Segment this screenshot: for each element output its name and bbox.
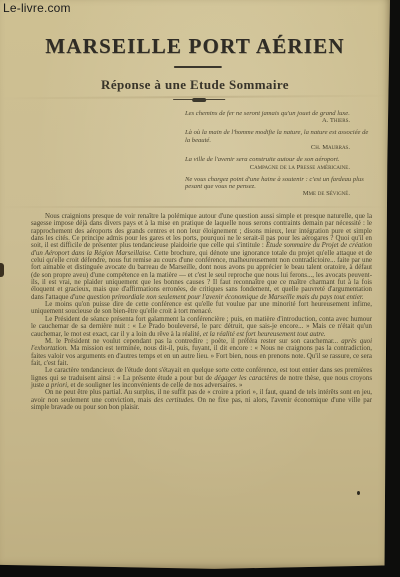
epigraph-quote: Ne vous chargez point d'une haine à sout… bbox=[185, 176, 370, 199]
watermark-le-livre: Le-livre.com bbox=[3, 1, 71, 15]
epigraph-quote: Là où la main de l'homme modifie la natu… bbox=[185, 129, 370, 152]
epigraph-attribution: Ch. Maurras. bbox=[185, 144, 370, 152]
epigraph-text: Ne vous chargez point d'une haine à sout… bbox=[185, 176, 370, 191]
subtitle-ornament-rule bbox=[173, 99, 225, 100]
epigraph-attribution: Campagne de la Presse américaine. bbox=[185, 164, 370, 172]
scanned-document-photo: { "watermark": "Le-livre.com", "page": {… bbox=[0, 0, 400, 577]
epigraph-attribution: Mme de Sévigné. bbox=[185, 190, 370, 198]
epigraph-quote: Les chemins de fer ne seront jamais qu'u… bbox=[185, 110, 370, 125]
body-paragraph: Le caractère tendancieux de l'étude dont… bbox=[31, 367, 372, 389]
body-text: Nous craignions presque de voir renaître… bbox=[31, 213, 372, 411]
body-paragraph: Nous craignions presque de voir renaître… bbox=[31, 213, 372, 301]
title-divider-rule bbox=[174, 66, 222, 68]
document-subtitle: Réponse à une Etude Sommaire bbox=[0, 77, 390, 93]
body-paragraph: On ne peut être plus partial. Au surplus… bbox=[31, 389, 372, 411]
body-paragraph: Le Président de séance présenta fort gal… bbox=[31, 316, 372, 338]
epigraph-text: Là où la main de l'homme modifie la natu… bbox=[185, 129, 370, 144]
epigraph-text: La ville de l'avenir sera construite aut… bbox=[185, 156, 370, 163]
paper-blemish bbox=[357, 491, 360, 495]
epigraph-attribution: A. Thiers. bbox=[185, 117, 370, 125]
document-title: MARSEILLE PORT AÉRIEN bbox=[0, 34, 390, 59]
paper-crease bbox=[0, 206, 390, 208]
paper-blemish bbox=[0, 263, 4, 277]
body-paragraph: M. le Président ne voulut cependant pas … bbox=[31, 338, 372, 367]
scanned-page: Le-livre.com MARSEILLE PORT AÉRIEN Répon… bbox=[0, 0, 390, 570]
epigraph-quote: La ville de l'avenir sera construite aut… bbox=[185, 156, 370, 171]
epigraph-block: Les chemins de fer ne seront jamais qu'u… bbox=[185, 110, 370, 202]
epigraph-text: Les chemins de fer ne seront jamais qu'u… bbox=[185, 110, 370, 117]
body-paragraph: Le moins qu'on puisse dire de cette conf… bbox=[31, 301, 372, 316]
